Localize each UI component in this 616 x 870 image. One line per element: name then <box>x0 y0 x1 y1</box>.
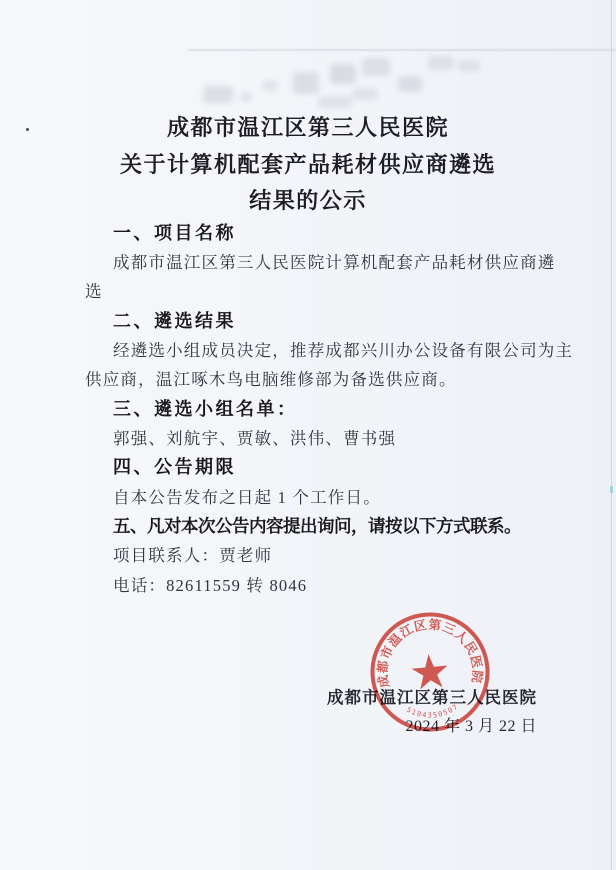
official-seal: 成都市温江区第三人民医院 51043505074 <box>356 598 503 745</box>
bleed-through-artifact <box>318 96 352 108</box>
section-1-heading: 一、项目名称 <box>85 217 545 246</box>
section-2-line: 供应商，温江啄木鸟电脑维修部为备选供应商。 <box>85 364 545 393</box>
section-1-line: 选 <box>85 276 545 305</box>
title-line-2: 关于计算机配套产品耗材供应商遴选 <box>0 145 616 182</box>
section-3-heading: 三、遴选小组名单： <box>85 393 545 422</box>
document-title: 成都市温江区第三人民医院 关于计算机配套产品耗材供应商遴选 结果的公示 <box>0 108 616 218</box>
section-5-contact-line: 项目联系人：贾老师 <box>85 540 545 569</box>
title-line-3: 结果的公示 <box>0 182 616 219</box>
document-body: 一、项目名称 成都市温江区第三人民医院计算机配套产品耗材供应商遴 选 二、遴选结… <box>85 217 545 598</box>
section-1-line: 成都市温江区第三人民医院计算机配套产品耗材供应商遴 <box>85 246 545 275</box>
bleed-through-artifact <box>293 72 319 94</box>
section-3-line: 郭强、刘航宇、贾敏、洪伟、曹书强 <box>85 422 545 451</box>
bleed-through-artifact <box>398 76 422 92</box>
section-2-line: 经遴选小组成员决定，推荐成都兴川办公设备有限公司为主 <box>85 334 545 363</box>
section-5-heading: 五、凡对本次公告内容提出询问，请按以下方式联系。 <box>85 510 545 539</box>
bleed-through-artifact <box>352 88 378 100</box>
bleed-through-artifact <box>240 92 252 102</box>
bleed-through-artifact <box>330 64 356 84</box>
bleed-through-artifact <box>458 60 480 72</box>
scanned-document-page: 成都市温江区第三人民医院 关于计算机配套产品耗材供应商遴选 结果的公示 一、项目… <box>0 0 616 870</box>
section-2-heading: 二、遴选结果 <box>85 305 545 334</box>
title-line-1: 成都市温江区第三人民医院 <box>0 108 616 145</box>
bleed-through-artifact <box>203 86 233 103</box>
section-4-heading: 四、公告期限 <box>85 452 545 481</box>
bleed-through-artifact <box>362 58 390 76</box>
seal-star-icon <box>410 652 449 689</box>
section-5-phone-line: 电话：82611559 转 8046 <box>85 569 545 598</box>
section-4-line: 自本公告发布之日起 1 个工作日。 <box>85 481 545 510</box>
bleed-through-artifact <box>262 80 278 92</box>
scan-crease-line <box>188 49 616 51</box>
bleed-through-artifact <box>428 56 454 70</box>
